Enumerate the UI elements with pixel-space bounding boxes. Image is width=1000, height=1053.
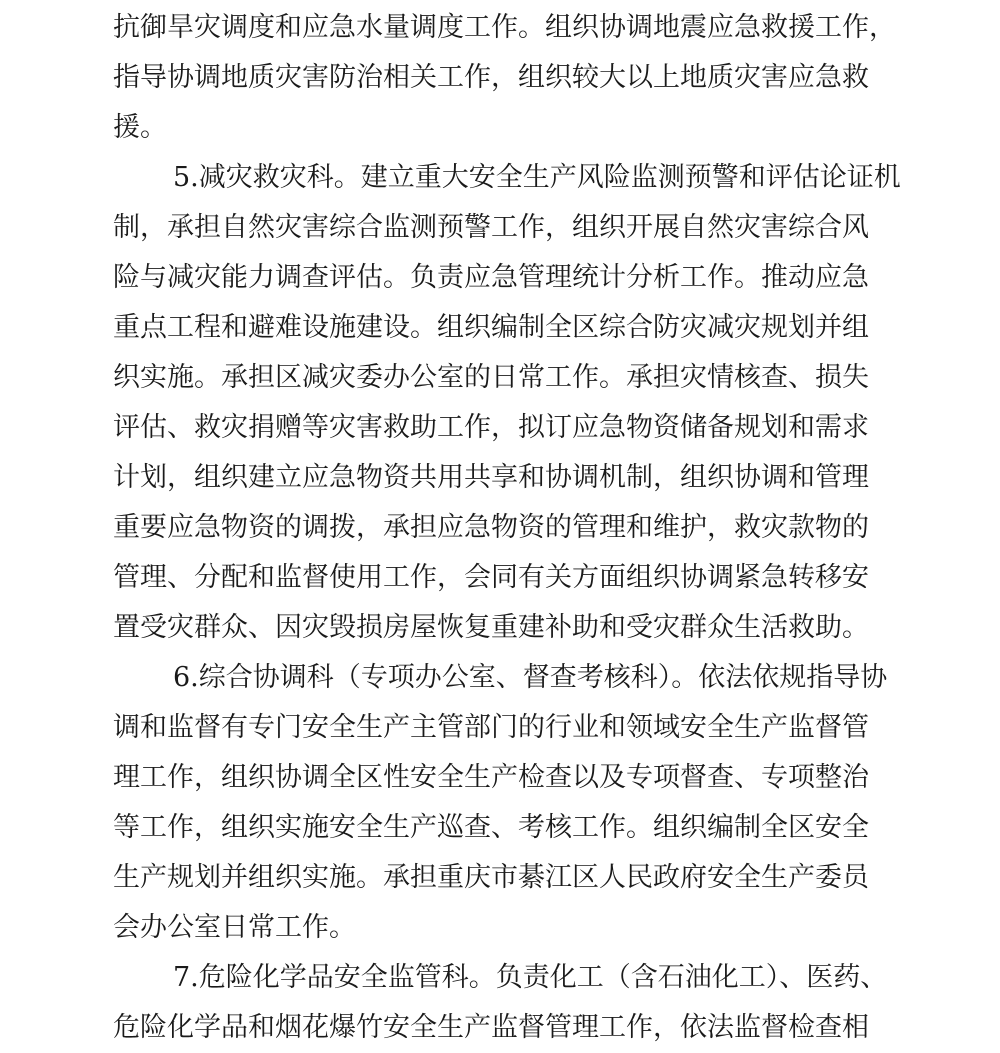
doc-line: 评估、救灾捐赠等灾害救助工作，拟订应急物资储备规划和需求: [113, 403, 923, 453]
doc-line: 重要应急物资的调拨，承担应急物资的管理和维护，救灾款物的: [113, 503, 923, 553]
doc-line: 指导协调地质灾害防治相关工作，组织较大以上地质灾害应急救: [113, 53, 923, 103]
doc-line-section-5-start: 5.减灾救灾科。建立重大安全生产风险监测预警和评估论证机: [113, 153, 923, 203]
doc-line: 计划，组织建立应急物资共用共享和协调机制，组织协调和管理: [113, 453, 923, 503]
doc-line: 制，承担自然灾害综合监测预警工作，组织开展自然灾害综合风: [113, 203, 923, 253]
doc-line: 会办公室日常工作。: [113, 903, 923, 953]
document-text-block: 抗御旱灾调度和应急水量调度工作。组织协调地震应急救援工作， 指导协调地质灾害防治…: [113, 3, 923, 1053]
doc-line: 管理、分配和监督使用工作，会同有关方面组织协调紧急转移安: [113, 553, 923, 603]
doc-line: 生产规划并组织实施。承担重庆市綦江区人民政府安全生产委员: [113, 853, 923, 903]
doc-line: 援。: [113, 103, 923, 153]
document-page: 抗御旱灾调度和应急水量调度工作。组织协调地震应急救援工作， 指导协调地质灾害防治…: [0, 0, 1000, 1053]
doc-line: 抗御旱灾调度和应急水量调度工作。组织协调地震应急救援工作，: [113, 3, 923, 53]
doc-line: 危险化学品和烟花爆竹安全生产监督管理工作，依法监督检查相: [113, 1003, 923, 1053]
doc-line: 置受灾群众、因灾毁损房屋恢复重建补助和受灾群众生活救助。: [113, 603, 923, 653]
doc-line: 织实施。承担区减灾委办公室的日常工作。承担灾情核查、损失: [113, 353, 923, 403]
doc-line: 理工作，组织协调全区性安全生产检查以及专项督查、专项整治: [113, 753, 923, 803]
doc-line: 调和监督有专门安全生产主管部门的行业和领域安全生产监督管: [113, 703, 923, 753]
doc-line: 等工作，组织实施安全生产巡查、考核工作。组织编制全区安全: [113, 803, 923, 853]
doc-line: 险与减灾能力调查评估。负责应急管理统计分析工作。推动应急: [113, 253, 923, 303]
doc-line-section-6-start: 6.综合协调科（专项办公室、督查考核科）。依法依规指导协: [113, 653, 923, 703]
doc-line-section-7-start: 7.危险化学品安全监管科。负责化工（含石油化工）、医药、: [113, 953, 923, 1003]
doc-line: 重点工程和避难设施建设。组织编制全区综合防灾减灾规划并组: [113, 303, 923, 353]
